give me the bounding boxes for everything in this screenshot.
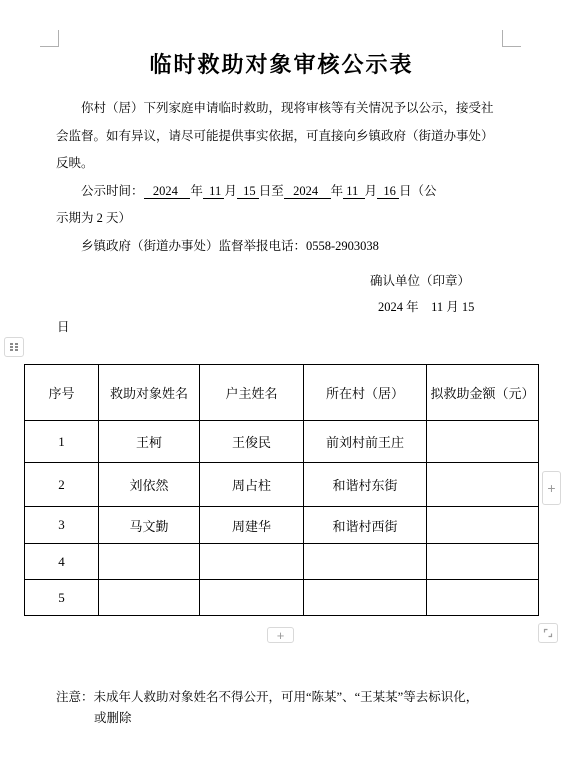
page-margin-mark-top-left [40,30,59,47]
table-resize-button[interactable] [538,623,558,643]
header-recipient-name: 救助对象姓名 [99,365,200,421]
cell-amount[interactable] [427,463,539,507]
table-row: 5 [25,580,539,616]
publicity-wrap-line: 示期为 2 天） [56,205,503,233]
cell-recipient-name[interactable] [99,544,200,580]
cell-serial[interactable]: 1 [25,421,99,463]
cell-serial[interactable]: 2 [25,463,99,507]
cell-recipient-name[interactable] [99,580,200,616]
footnote-line-2: 或删除 [94,708,526,729]
year-unit: 年 [190,184,203,198]
publicity-start-day-blank: 15 [237,184,259,199]
footnote: 注意：未成年人救助对象姓名不得公开，可用“陈某”、“王某某”等去标识化， 或删除 [56,687,526,729]
assistance-table: 序号 救助对象姓名 户主姓名 所在村（居） 拟救助金额（元） 1 王柯 王俊民 … [24,364,539,616]
cell-recipient-name[interactable]: 王柯 [99,421,200,463]
document-page: 临时救助对象审核公示表 你村（居）下列家庭申请临时救助，现将审核等有关情况予以公… [0,0,563,768]
table-row: 1 王柯 王俊民 前刘村前王庄 [25,421,539,463]
publicity-end-day-blank: 16 [377,184,399,199]
resize-diagonal-icon [542,627,554,639]
year-unit: 年 [331,184,344,198]
header-serial: 序号 [25,365,99,421]
cell-village[interactable]: 和谐村西街 [304,507,427,544]
publicity-end-month-blank: 11 [343,184,364,199]
cell-amount[interactable] [427,580,539,616]
intro-line-2: 会监督。如有异议，请尽可能提供事实依据，可直接向乡镇政府（街道办事处） [56,123,503,151]
day-to-unit: 日至 [259,184,284,198]
cell-serial[interactable]: 5 [25,580,99,616]
publicity-start-month-blank: 11 [203,184,224,199]
table-row: 4 [25,544,539,580]
table-drag-handle-icon[interactable] [4,337,24,357]
footnote-line-1: 注意：未成年人救助对象姓名不得公开，可用“陈某”、“王某某”等去标识化， [56,687,526,708]
header-household-head: 户主姓名 [200,365,304,421]
page-margin-mark-top-right [502,30,521,47]
publicity-start-year-blank: 2024 [144,184,191,199]
add-row-button[interactable]: + [267,627,294,643]
cell-recipient-name[interactable]: 刘依然 [99,463,200,507]
hotline-line: 乡镇政府（街道办事处）监督举报电话：0558-2903038 [56,233,503,261]
add-column-button[interactable]: + [542,471,561,505]
publicity-label: 公示时间： [81,184,144,198]
cell-amount[interactable] [427,421,539,463]
month-unit: 月 [224,184,237,198]
page-title: 临时救助对象审核公示表 [0,48,563,79]
cell-recipient-name[interactable]: 马文勤 [99,507,200,544]
table-row: 3 马文勤 周建华 和谐村西街 [25,507,539,544]
confirm-date: 2024 年 11 月 15 [378,297,474,315]
body-text: 你村（居）下列家庭申请临时救助，现将审核等有关情况予以公示，接受社 会监督。如有… [56,95,503,260]
header-amount: 拟救助金额（元） [427,365,539,421]
publicity-end-year-blank: 2024 [284,184,331,199]
table-header-row: 序号 救助对象姓名 户主姓名 所在村（居） 拟救助金额（元） [25,365,539,421]
cell-amount[interactable] [427,544,539,580]
day-unit: 日（公 [399,184,437,198]
confirm-date-day: 日 [57,317,70,335]
cell-amount[interactable] [427,507,539,544]
cell-village[interactable]: 前刘村前王庄 [304,421,427,463]
grid-dots-icon [10,343,18,351]
cell-serial[interactable]: 3 [25,507,99,544]
cell-household-head[interactable] [200,544,304,580]
month-unit: 月 [365,184,378,198]
cell-village[interactable] [304,580,427,616]
intro-line-1: 你村（居）下列家庭申请临时救助，现将审核等有关情况予以公示，接受社 [56,95,503,123]
cell-household-head[interactable]: 周占柱 [200,463,304,507]
cell-village[interactable] [304,544,427,580]
cell-household-head[interactable] [200,580,304,616]
intro-line-3: 反映。 [56,150,503,178]
confirm-unit-label: 确认单位（印章） [370,271,470,289]
header-village: 所在村（居） [304,365,427,421]
publicity-period-line: 公示时间： 2024 年 11 月 15 日至 2024 年 11 月 16 日… [56,178,503,206]
table-row: 2 刘依然 周占柱 和谐村东街 [25,463,539,507]
cell-household-head[interactable]: 周建华 [200,507,304,544]
cell-village[interactable]: 和谐村东街 [304,463,427,507]
cell-household-head[interactable]: 王俊民 [200,421,304,463]
cell-serial[interactable]: 4 [25,544,99,580]
